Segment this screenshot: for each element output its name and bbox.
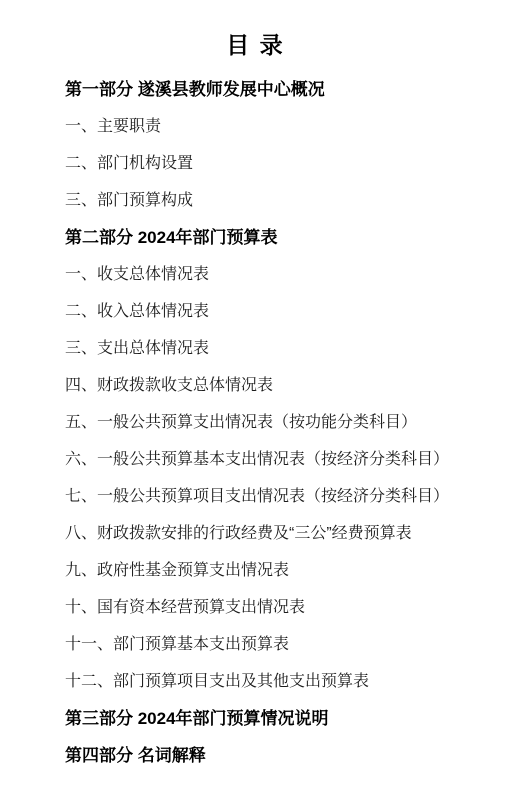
toc-entry: 二、收入总体情况表 — [0, 293, 511, 330]
document-page: 目 录 第一部分 遂溪县教师发展中心概况 一、主要职责 二、部门机构设置 三、部… — [0, 0, 511, 800]
toc-entry: 八、财政拨款安排的行政经费及“三公”经费预算表 — [0, 515, 511, 552]
toc-section-heading: 第三部分 2024年部门预算情况说明 — [0, 700, 511, 737]
toc-entry: 六、一般公共预算基本支出情况表（按经济分类科目） — [0, 441, 511, 478]
toc-entry: 十一、部门预算基本支出预算表 — [0, 626, 511, 663]
toc-entry: 九、政府性基金预算支出情况表 — [0, 552, 511, 589]
toc-section-heading: 第一部分 遂溪县教师发展中心概况 — [0, 71, 511, 108]
toc-entry: 一、收支总体情况表 — [0, 256, 511, 293]
table-of-contents: 第一部分 遂溪县教师发展中心概况 一、主要职责 二、部门机构设置 三、部门预算构… — [0, 71, 511, 774]
toc-entry: 二、部门机构设置 — [0, 145, 511, 182]
toc-entry: 四、财政拨款收支总体情况表 — [0, 367, 511, 404]
toc-entry: 十二、部门预算项目支出及其他支出预算表 — [0, 663, 511, 700]
toc-entry: 七、一般公共预算项目支出情况表（按经济分类科目） — [0, 478, 511, 515]
toc-section-heading: 第二部分 2024年部门预算表 — [0, 219, 511, 256]
toc-entry: 五、一般公共预算支出情况表（按功能分类科目） — [0, 404, 511, 441]
toc-entry: 十、国有资本经营预算支出情况表 — [0, 589, 511, 626]
page-title: 目 录 — [0, 0, 511, 60]
toc-entry: 三、支出总体情况表 — [0, 330, 511, 367]
toc-entry: 三、部门预算构成 — [0, 182, 511, 219]
toc-entry: 一、主要职责 — [0, 108, 511, 145]
toc-section-heading: 第四部分 名词解释 — [0, 737, 511, 774]
